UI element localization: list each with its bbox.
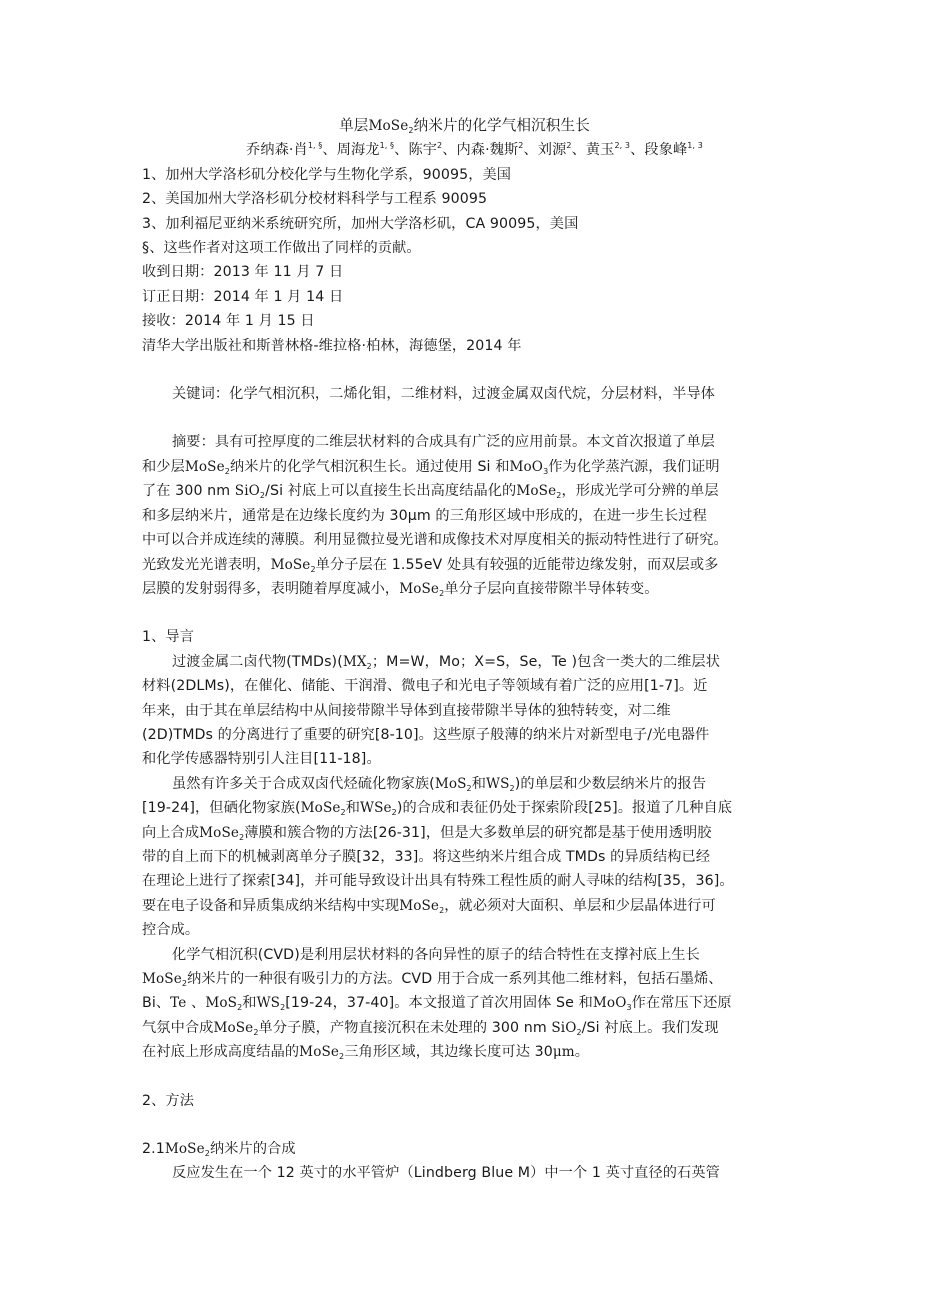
- formula: MoSe: [299, 1044, 339, 1060]
- text: )的合成和表征仍处于探索阶段[25]。报道了几种自底: [397, 800, 732, 816]
- body-line: 和化学传感器特别引人注目[11-18]。: [142, 747, 787, 771]
- text: ；M=W，Mo；X=S，Se，Te )包含一类大的二维层状: [372, 654, 720, 670]
- body-line: (2D)TMDs 的分离进行了重要的研究[8-10]。这些原子般薄的纳米片对新型…: [142, 723, 787, 747]
- text: [19-24，37-40]。本文报道了首次用固体 Se 和: [285, 995, 593, 1011]
- author: 周海龙: [337, 142, 380, 158]
- text: 作在常压下还原: [632, 995, 732, 1011]
- section-heading-introduction: 1、导言: [142, 625, 787, 649]
- body-line: [19-24]，但硒化物家族(MoSe2和WSe2)的合成和表征仍处于探索阶段[…: [142, 796, 787, 820]
- affiliation-3: 3、加利福尼亚纳米系统研究所，加州大学洛杉矶，CA 90095，美国: [142, 212, 787, 236]
- text: 和: [346, 800, 360, 816]
- body-line: 向上合成MoSe2薄膜和簇合物的方法[26-31]，但是大多数单层的研究都是基于…: [142, 821, 787, 845]
- author: 陈宇: [408, 142, 437, 158]
- formula: MX: [343, 654, 367, 670]
- separator: 、: [630, 142, 644, 158]
- formula: WSe: [360, 800, 392, 816]
- body-line: 在理论上进行了探索[34]，并可能导致设计出具有特殊工程性质的耐人寻味的结构[3…: [142, 869, 787, 893]
- title-text: 纳米片的化学气相沉积生长: [414, 117, 590, 134]
- author: 内森·魏斯: [457, 142, 519, 158]
- author: 刘源: [538, 142, 567, 158]
- body-line: 过渡金属二卤代物(TMDs)(MX2；M=W，Mo；X=S，Se，Te )包含一…: [142, 650, 787, 674]
- text: 虽然有许多关于合成双卤代烃硫化物家族(: [172, 776, 435, 792]
- revised-date: 订正日期：2014 年 1 月 14 日: [142, 285, 787, 309]
- separator: 、: [572, 142, 586, 158]
- formula: MoSe: [301, 800, 341, 816]
- abstract-line: 层膜的发射弱得多，表明随着厚度减小，MoSe2单分子层向直接带隙半导体转变。: [142, 577, 787, 601]
- body-line: 反应发生在一个 12 英寸的水平管炉（Lindberg Blue M）中一个 1…: [142, 1161, 787, 1185]
- received-date: 收到日期：2013 年 11 月 7 日: [142, 260, 787, 284]
- accepted-date: 接收：2014 年 1 月 15 日: [142, 309, 787, 333]
- formula: Te: [170, 995, 186, 1011]
- text: 气氛中合成: [142, 1020, 213, 1036]
- separator: 、: [442, 142, 456, 158]
- formula: MoO: [593, 995, 627, 1011]
- formula: MoSe: [271, 557, 311, 573]
- text: 了在 300 nm: [142, 483, 235, 499]
- abstract: 摘要：具有可控厚度的二维层状材料的合成具有广泛的应用前景。本文首次报道了单层 和…: [142, 430, 787, 601]
- formula: SiO: [235, 483, 260, 499]
- abstract-line: 和多层纳米片，通常是在边缘长度约为 30μm 的三角形区域中形成的，在进一步生长…: [142, 504, 787, 528]
- subsection-heading-synthesis: 2.1MoSe2纳米片的合成: [142, 1137, 787, 1161]
- body-line: 虽然有许多关于合成双卤代烃硫化物家族(MoS2和WS2)的单层和少数层纳米片的报…: [142, 772, 787, 796]
- formula: MoS: [435, 776, 467, 792]
- text: 在衬底上形成高度结晶的: [142, 1044, 299, 1060]
- formula: MoSe: [399, 898, 439, 914]
- text: 单分子膜，产物直接沉积在未处理的 300 nm: [259, 1020, 552, 1036]
- intro-paragraph-1: 过渡金属二卤代物(TMDs)(MX2；M=W，Mo；X=S，Se，Te )包含一…: [142, 650, 787, 772]
- body-line: MoSe2纳米片的一种很有吸引力的方法。CVD 用于合成一系列其他二维材料，包括…: [142, 967, 787, 991]
- author: 乔纳森·肖: [246, 142, 308, 158]
- abstract-line: 了在 300 nm SiO2/Si 衬底上可以直接生长出高度结晶化的MoSe2，…: [142, 479, 787, 503]
- text: 纳米片的一种很有吸引力的方法。CVD 用于合成一系列其他二维材料，包括石墨烯、: [187, 971, 723, 987]
- text: 纳米片的化学气相沉积生长。通过使用 Si 和: [230, 459, 510, 475]
- affiliation-mark: 2, 3: [614, 141, 630, 150]
- text: 光致发光光谱表明，: [142, 557, 271, 573]
- text: 、: [186, 995, 205, 1011]
- text: /Si 衬底上可以直接生长出高度结晶化的: [265, 483, 516, 499]
- formula: MoSe: [516, 483, 556, 499]
- separator: 、: [523, 142, 537, 158]
- formula: MoSe: [199, 825, 239, 841]
- separator: 、: [394, 142, 408, 158]
- text: 单分子层在 1.55eV 处具有较强的近能带边缘发射，而双层或多: [316, 557, 719, 573]
- text: 纳米片的合成: [210, 1141, 296, 1157]
- text: ，形成光学可分辨的单层: [561, 483, 718, 499]
- formula: MoS: [205, 995, 237, 1011]
- paper-page: 单层MoSe2纳米片的化学气相沉积生长 乔纳森·肖1, §、周海龙1, §、陈宇…: [142, 114, 787, 1186]
- text: 薄膜和簇合物的方法[26-31]，但是大多数单层的研究都是基于使用透明胶: [244, 825, 711, 841]
- abstract-line: 和少层MoSe2纳米片的化学气相沉积生长。通过使用 Si 和MoO3作为化学蒸汽…: [142, 455, 787, 479]
- equal-contribution-note: §、这些作者对这项工作做出了同样的贡献。: [142, 236, 787, 260]
- formula: MoSe: [142, 971, 182, 987]
- separator: 、: [322, 142, 336, 158]
- text: 和少层: [142, 459, 185, 475]
- text: 2.1: [142, 1141, 165, 1157]
- body-line: 在衬底上形成高度结晶的MoSe2三角形区域，其边缘长度可达 30μm。: [142, 1040, 787, 1064]
- body-line: 年来，由于其在单层结构中从间接带隙半导体到直接带隙半导体的独特转变，对二维: [142, 699, 787, 723]
- intro-paragraph-2: 虽然有许多关于合成双卤代烃硫化物家族(MoS2和WS2)的单层和少数层纳米片的报…: [142, 772, 787, 943]
- text: ，就必须对大面积、单层和少层晶体进行可: [444, 898, 715, 914]
- text: 要在电子设备和异质集成纳米结构中实现: [142, 898, 399, 914]
- text: [19-24]，但硒化物家族(: [142, 800, 301, 816]
- formula: WS: [257, 995, 281, 1011]
- formula: MoSe: [368, 118, 408, 134]
- author-list: 乔纳森·肖1, §、周海龙1, §、陈宇2、内森·魏斯2、刘源2、黄玉2, 3、…: [142, 138, 787, 162]
- body-line: 化学气相沉积(CVD)是利用层状材料的各向异性的原子的结合特性在支撑衬底上生长: [142, 943, 787, 967]
- body-line: 材料(2DLMs)，在催化、储能、干润滑、微电子和光电子等领域有着广泛的应用[1…: [142, 674, 787, 698]
- text: 过渡金属二卤代物(TMDs)(: [172, 654, 343, 670]
- paper-title: 单层MoSe2纳米片的化学气相沉积生长: [142, 114, 787, 138]
- formula: MoSe: [399, 581, 439, 597]
- body-line: 要在电子设备和异质集成纳米结构中实现MoSe2，就必须对大面积、单层和少层晶体进…: [142, 894, 787, 918]
- body-line: Bi、Te 、MoS2和WS2[19-24，37-40]。本文报道了首次用固体 …: [142, 991, 787, 1015]
- body-line: 控合成。: [142, 918, 787, 942]
- formula: MoSe: [165, 1141, 205, 1157]
- author: 段象峰: [644, 142, 687, 158]
- affiliation-1: 1、加州大学洛杉矶分校化学与生物化学系，90095，美国: [142, 163, 787, 187]
- affiliation-mark: 1, §: [380, 141, 395, 150]
- formula: SiO: [551, 1020, 576, 1036]
- text: 作为化学蒸汽源，我们证明: [548, 459, 719, 475]
- text: 。: [575, 1044, 589, 1060]
- formula: WS: [486, 776, 510, 792]
- affiliation-mark: 1, 3: [687, 141, 703, 150]
- text: 层膜的发射弱得多，表明随着厚度减小，: [142, 581, 399, 597]
- text: Bi、: [142, 995, 170, 1011]
- formula: MoSe: [185, 459, 225, 475]
- abstract-line: 中可以合并成连续的薄膜。利用显微拉曼光谱和成像技术对厚度相关的振动特性进行了研究…: [142, 528, 787, 552]
- text: 向上合成: [142, 825, 199, 841]
- intro-paragraph-3: 化学气相沉积(CVD)是利用层状材料的各向异性的原子的结合特性在支撑衬底上生长 …: [142, 943, 787, 1065]
- text: 单分子层向直接带隙半导体转变。: [444, 581, 658, 597]
- abstract-line: 摘要：具有可控厚度的二维层状材料的合成具有广泛的应用前景。本文首次报道了单层: [142, 430, 787, 454]
- text: 和: [472, 776, 486, 792]
- formula: MoO: [510, 459, 544, 475]
- text: 和: [242, 995, 256, 1011]
- author: 黄玉: [586, 142, 615, 158]
- title-text: 单层: [339, 117, 368, 134]
- keywords: 关键词：化学气相沉积，二烯化钼，二维材料，过渡金属双卤代烷，分层材料，半导体: [142, 382, 787, 406]
- text: )的单层和少数层纳米片的报告: [515, 776, 706, 792]
- text: 三角形区域，其边缘长度可达 30: [344, 1044, 553, 1060]
- body-line: 带的自上而下的机械剥离单分子膜[32，33]。将这些纳米片组合成 TMDs 的异…: [142, 845, 787, 869]
- section-heading-methods: 2、方法: [142, 1089, 787, 1113]
- abstract-line: 光致发光光谱表明，MoSe2单分子层在 1.55eV 处具有较强的近能带边缘发射…: [142, 553, 787, 577]
- unit: μm: [553, 1044, 575, 1060]
- formula: MoSe: [213, 1020, 253, 1036]
- body-line: 气氛中合成MoSe2单分子膜，产物直接沉积在未处理的 300 nm SiO2/S…: [142, 1016, 787, 1040]
- affiliation-mark: 1, §: [308, 141, 323, 150]
- affiliation-2: 2、美国加州大学洛杉矶分校材料科学与工程系 90095: [142, 187, 787, 211]
- publisher-line: 清华大学出版社和斯普林格-维拉格·柏林，海德堡，2014 年: [142, 334, 787, 358]
- text: /Si 衬底上。我们发现: [582, 1020, 719, 1036]
